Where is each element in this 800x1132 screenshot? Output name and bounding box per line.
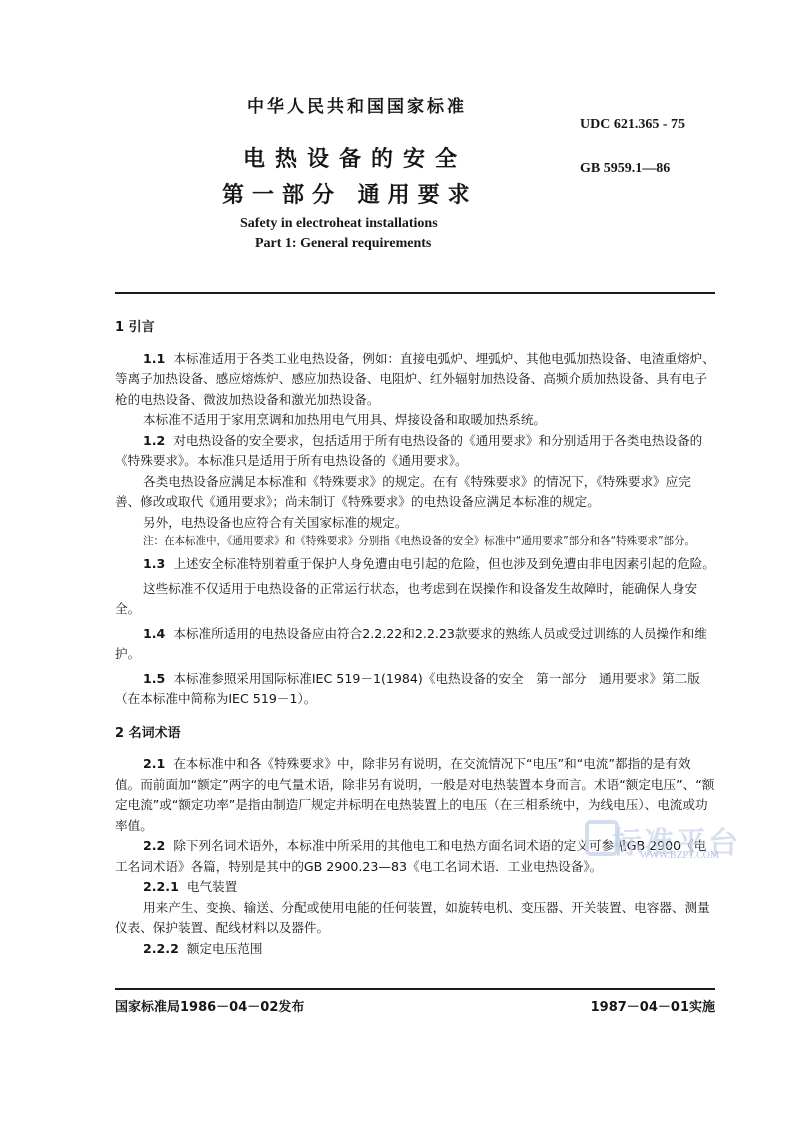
clause-1-1: 1.1本标准适用于各类工业电热设备，例如：直接电弧炉、埋弧炉、其他电弧加热设备、… (115, 349, 715, 411)
top-divider (115, 292, 715, 294)
clause-heading: 电气装置 (187, 879, 237, 894)
national-standard-label: 中华人民共和国国家标准 (247, 92, 467, 117)
english-title: Safety in electroheat installations (240, 216, 438, 232)
clause-1-2: 1.2对电热设备的安全要求，包括适用于所有电热设备的《通用要求》和分别适用于各类… (115, 431, 715, 472)
paragraph: 各类电热设备应满足本标准和《特殊要求》的规定。在有《特殊要求》的情况下，《特殊要… (115, 472, 715, 513)
paragraph: 用来产生、变换、输送、分配或使用电能的任何装置，如旋转电机、变压器、开关装置、电… (115, 898, 715, 939)
note: 注：在本标准中，《通用要求》和《特殊要求》分别指《电热设备的安全》标准中“通用要… (115, 533, 715, 550)
section-heading-1: 1 引言 (115, 318, 715, 339)
clause-number: 2.2.1 (143, 879, 179, 894)
paragraph: 本标准不适用于家用烹调和加热用电气用具、焊接设备和取暖加热系统。 (115, 410, 715, 431)
clause-text: 本标准参照采用国际标准IEC 519－1(1984)《电热设备的安全 第一部分 … (115, 671, 700, 707)
paragraph: 这些标准不仅适用于电热设备的正常运行状态，也考虑到在误操作和设备发生故障时，能确… (115, 579, 715, 620)
clause-2-2-1: 2.2.1电气装置 (115, 877, 715, 898)
clause-number: 2.2.2 (143, 941, 179, 956)
udc-code: UDC 621.365 - 75 (580, 117, 685, 133)
clause-1-4: 1.4本标准所适用的电热设备应由符合2.2.22和2.2.23款要求的熟练人员或… (115, 624, 715, 665)
clause-number: 1.3 (143, 556, 165, 571)
clause-number: 1.1 (143, 351, 165, 366)
clause-number: 1.5 (143, 671, 165, 686)
clause-number: 1.2 (143, 433, 165, 448)
english-subtitle: Part 1: General requirements (255, 236, 431, 252)
clause-number: 2.1 (143, 756, 165, 771)
watermark-url: WWW.BZPT.COM (640, 850, 719, 861)
clause-2-2-2: 2.2.2额定电压范围 (115, 939, 715, 960)
issue-date: 国家标准局1986－04－02发布 (115, 996, 304, 1015)
paragraph: 另外，电热设备也应符合有关国家标准的规定。 (115, 513, 715, 534)
clause-text: 上述安全标准特别着重于保护人身免遭由电引起的危险，但也涉及到免遭由非电因素引起的… (173, 556, 715, 571)
clause-text: 对电热设备的安全要求，包括适用于所有电热设备的《通用要求》和分别适用于各类电热设… (115, 433, 702, 469)
clause-number: 2.2 (143, 838, 165, 853)
bottom-divider (115, 988, 715, 990)
document-title: 电热设备的安全 (243, 142, 467, 173)
effective-date: 1987－04－01实施 (591, 996, 715, 1015)
section-heading-2: 2 名词术语 (115, 724, 715, 745)
document-body: 1 引言 1.1本标准适用于各类工业电热设备，例如：直接电弧炉、埋弧炉、其他电弧… (115, 318, 715, 959)
document-subtitle: 第一部分 通用要求 (222, 178, 478, 209)
clause-heading: 额定电压范围 (187, 941, 263, 956)
clause-1-5: 1.5本标准参照采用国际标准IEC 519－1(1984)《电热设备的安全 第一… (115, 669, 715, 710)
clause-1-3: 1.3上述安全标准特别着重于保护人身免遭由电引起的危险，但也涉及到免遭由非电因素… (115, 554, 715, 575)
gb-number: GB 5959.1—86 (580, 161, 670, 177)
clause-text: 本标准所适用的电热设备应由符合2.2.22和2.2.23款要求的熟练人员或受过训… (115, 626, 707, 662)
clause-number: 1.4 (143, 626, 165, 641)
clause-text: 本标准适用于各类工业电热设备，例如：直接电弧炉、埋弧炉、其他电弧加热设备、电渣重… (115, 351, 715, 407)
